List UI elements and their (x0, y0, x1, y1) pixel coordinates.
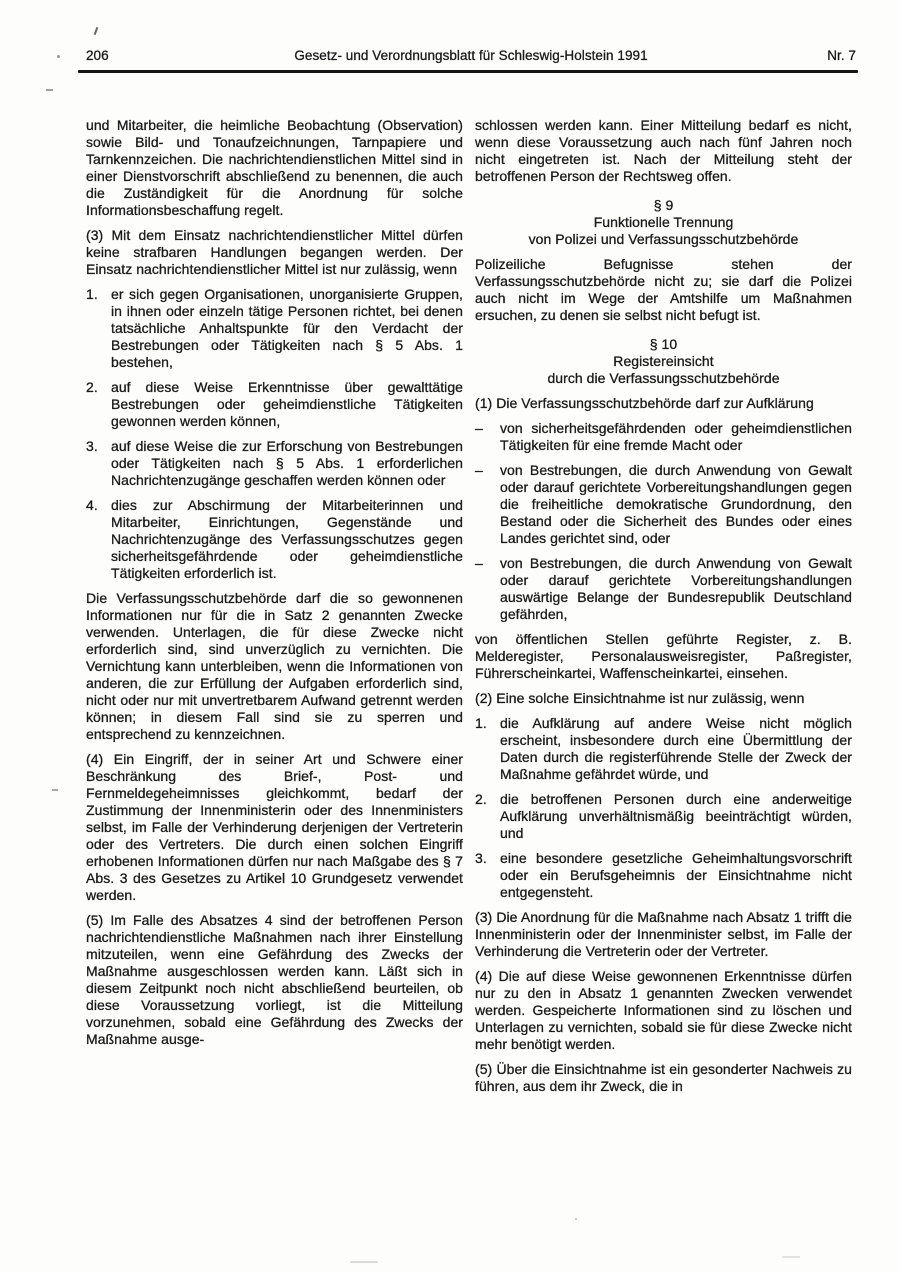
scan-artifact (52, 789, 58, 791)
issue-number: Nr. 7 (766, 47, 856, 64)
section-label: § 10 (475, 336, 852, 353)
paragraph: Polizeiliche Befugnisse stehen der Verfa… (475, 256, 852, 324)
dash-list-item: – von Bestrebungen, die durch Anwendung … (475, 555, 852, 623)
dash-list-item: – von sicherheitsgefährdenden oder gehei… (475, 420, 852, 454)
list-item: 3. eine besondere gesetzliche Geheimhalt… (475, 850, 852, 901)
paragraph: (5) Im Falle des Absatzes 4 sind der bet… (86, 912, 463, 1048)
list-number: 2. (475, 791, 500, 842)
list-item: 1. die Aufklärung auf andere Weise nicht… (475, 715, 852, 783)
paragraph: schlossen werden kann. Einer Mitteilung … (475, 117, 852, 185)
page-header: 206 Gesetz- und Verordnungsblatt für Sch… (86, 47, 856, 64)
list-item: 2. die betroffenen Personen durch eine a… (475, 791, 852, 842)
section-label: § 9 (475, 197, 852, 214)
list-item: 1. er sich gegen Organisationen, unorgan… (86, 286, 463, 371)
section-title: Registereinsicht (475, 353, 852, 370)
list-number: 4. (86, 497, 111, 582)
left-column: und Mitarbeiter, die heimliche Beobachtu… (86, 117, 463, 1103)
list-item-text: von Bestrebungen, die durch Anwendung vo… (500, 462, 852, 547)
dash-marker: – (475, 555, 500, 623)
list-item-text: von sicherheitsgefährdenden oder geheimd… (500, 420, 852, 454)
section-heading-10: § 10 Registereinsicht durch die Verfassu… (475, 336, 852, 387)
dash-marker: – (475, 420, 500, 454)
list-number: 3. (475, 850, 500, 901)
paragraph: Die Verfassungsschutzbehörde darf die so… (86, 590, 463, 743)
paragraph: (2) Eine solche Einsichtnahme ist nur zu… (475, 690, 852, 707)
paragraph: (3) Mit dem Einsatz nachrichtendienstlic… (86, 227, 463, 278)
scan-artifact (57, 55, 60, 58)
dash-marker: – (475, 462, 500, 547)
list-number: 2. (86, 379, 111, 430)
list-item-text: die Aufklärung auf andere Weise nicht mö… (500, 715, 852, 783)
section-subtitle: durch die Verfassungsschutzbehörde (475, 370, 852, 387)
page-number: 206 (86, 47, 176, 64)
paragraph: und Mitarbeiter, die heimliche Beobachtu… (86, 117, 463, 219)
list-number: 1. (475, 715, 500, 783)
document-page: 206 Gesetz- und Verordnungsblatt für Sch… (0, 0, 900, 1273)
section-heading-9: § 9 Funktionelle Trennung von Polizei un… (475, 197, 852, 248)
paragraph: (3) Die Anordnung für die Maßnahme nach … (475, 909, 852, 960)
list-item-text: von Bestrebungen, die durch Anwendung vo… (500, 555, 852, 623)
journal-title: Gesetz- und Verordnungsblatt für Schlesw… (176, 47, 766, 64)
scan-artifact (575, 1218, 577, 1220)
header-rule (78, 70, 858, 73)
list-item: 2. auf diese Weise Erkenntnisse über gew… (86, 379, 463, 430)
section-title: Funktionelle Trennung (475, 214, 852, 231)
paragraph: (4) Die auf diese Weise gewonnenen Erken… (475, 968, 852, 1053)
list-item: 4. dies zur Abschirmung der Mitarbeiteri… (86, 497, 463, 582)
list-item-text: auf diese Weise Erkenntnisse über gewalt… (111, 379, 463, 430)
list-item-text: die betroffenen Personen durch eine ande… (500, 791, 852, 842)
right-column: schlossen werden kann. Einer Mitteilung … (475, 117, 852, 1103)
list-item-text: dies zur Abschirmung der Mitarbeiterinne… (111, 497, 463, 582)
section-subtitle: von Polizei und Verfassungsschutzbehörde (475, 231, 852, 248)
list-item: 3. auf diese Weise die zur Erforschung v… (86, 438, 463, 489)
two-column-body: und Mitarbeiter, die heimliche Beobachtu… (86, 117, 852, 1103)
scan-artifact (46, 89, 53, 91)
paragraph: (1) Die Verfassungsschutzbehörde darf zu… (475, 395, 852, 412)
scan-artifact (782, 1256, 800, 1258)
list-number: 1. (86, 286, 111, 371)
scan-artifact (94, 27, 99, 35)
list-item-text: auf diese Weise die zur Erforschung von … (111, 438, 463, 489)
list-item-text: er sich gegen Organisationen, unorganisi… (111, 286, 463, 371)
list-number: 3. (86, 438, 111, 489)
dash-list-item: – von Bestrebungen, die durch Anwendung … (475, 462, 852, 547)
scan-artifact (350, 1261, 378, 1263)
paragraph: (4) Ein Eingriff, der in seiner Art und … (86, 751, 463, 904)
paragraph: von öffentlichen Stellen geführte Regist… (475, 631, 852, 682)
list-item-text: eine besondere gesetzliche Geheimhaltung… (500, 850, 852, 901)
paragraph: (5) Über die Einsichtnahme ist ein geson… (475, 1061, 852, 1095)
